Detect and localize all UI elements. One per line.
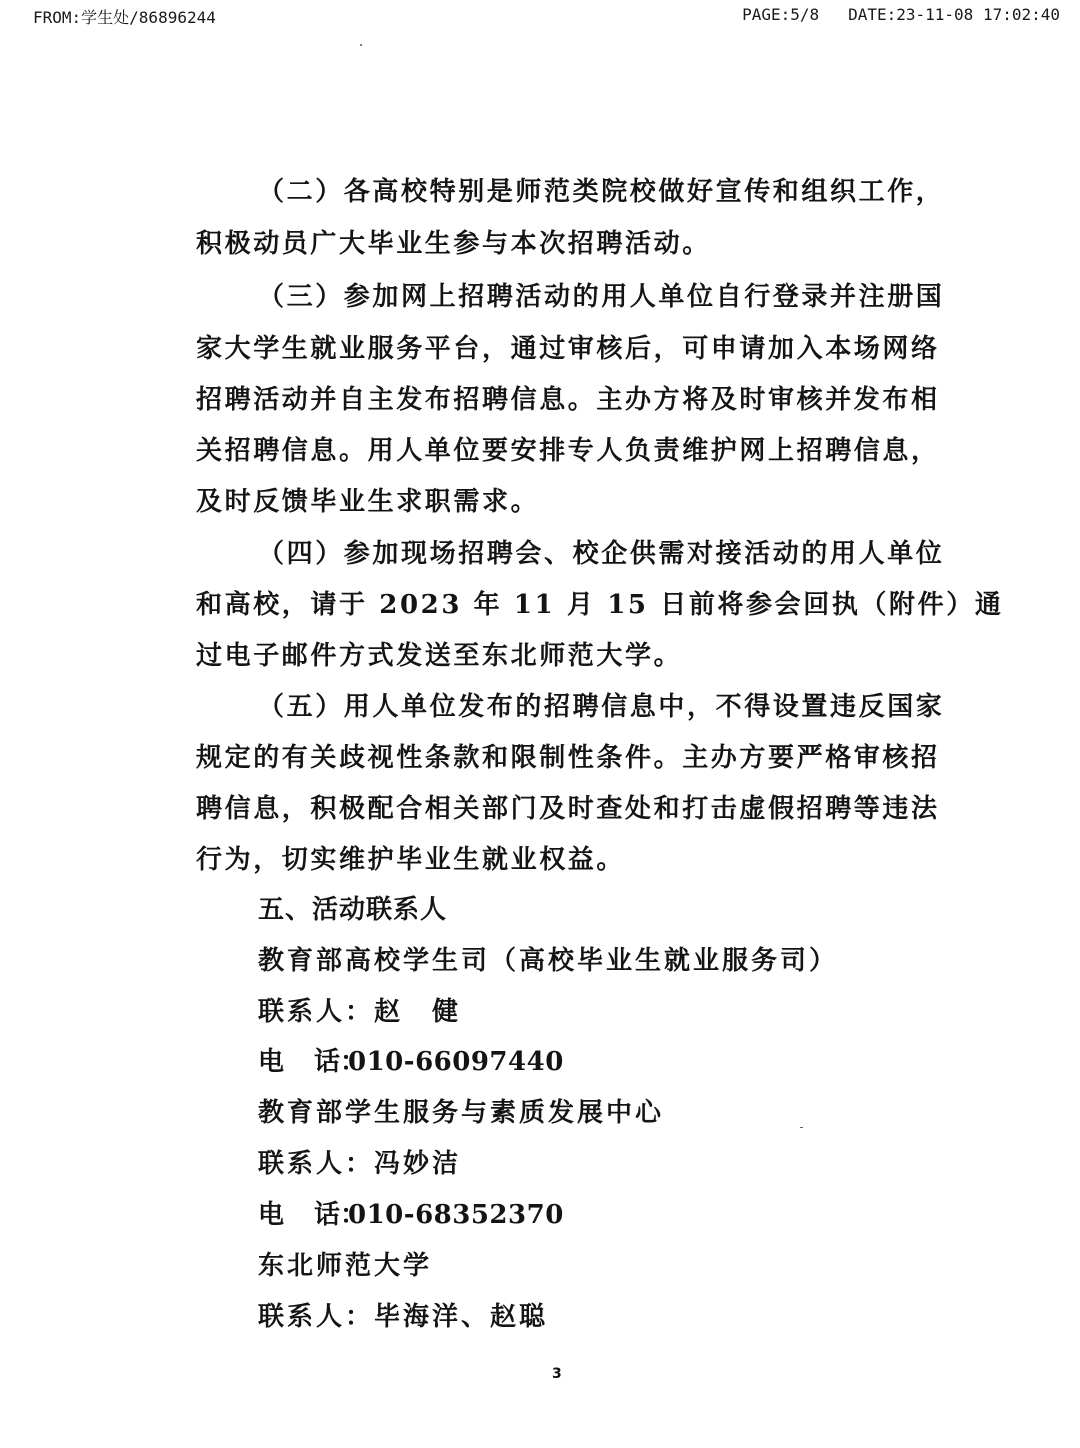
paragraph-line: 和高校，请于 2023 年 11 月 15 日前将参会回执（附件）通: [196, 588, 912, 622]
phone-number: 010-68352370: [348, 1200, 564, 1230]
contact-person: 联系人：毕海洋、赵聪: [258, 1300, 548, 1334]
paragraph-line: （二）各高校特别是师范类院校做好宣传和组织工作，: [258, 175, 912, 209]
paragraph-line: （五）用人单位发布的招聘信息中，不得设置违反国家: [258, 690, 912, 724]
organization-name: 教育部学生服务与素质发展中心: [258, 1096, 664, 1130]
organization-name: 教育部高校学生司（高校毕业生就业服务司）: [258, 944, 838, 978]
phone-label: 电话：: [258, 1198, 348, 1232]
contact-name: 赵 健: [374, 997, 461, 1027]
paragraph-line: 积极动员广大毕业生参与本次招聘活动。: [196, 227, 711, 261]
page-number: 3: [552, 1366, 562, 1382]
phone-number: 010-66097440: [348, 1047, 564, 1077]
paragraph-line: 规定的有关歧视性条款和限制性条件。主办方要严格审核招: [196, 741, 912, 775]
contact-phone: 电话：010-68352370: [258, 1198, 564, 1232]
contact-label: 联系人：: [258, 997, 374, 1027]
section-heading: 五、活动联系人: [258, 893, 447, 927]
paragraph-line: 及时反馈毕业生求职需求。: [196, 485, 539, 519]
contact-person: 联系人：赵 健: [258, 995, 461, 1029]
contact-name: 冯妙洁: [374, 1149, 461, 1179]
paragraph-line: 关招聘信息。用人单位要安排专人负责维护网上招聘信息，: [196, 434, 912, 468]
paragraph-line: 招聘活动并自主发布招聘信息。主办方将及时审核并发布相: [196, 383, 912, 417]
paragraph-line: （四）参加现场招聘会、校企供需对接活动的用人单位: [258, 537, 912, 571]
phone-label: 电话：: [258, 1045, 348, 1079]
paragraph-line: 行为，切实维护毕业生就业权益。: [196, 843, 625, 877]
contact-phone: 电话：010-66097440: [258, 1045, 564, 1079]
document-page: （二）各高校特别是师范类院校做好宣传和组织工作， 积极动员广大毕业生参与本次招聘…: [0, 0, 1080, 1448]
paragraph-line: 家大学生就业服务平台，通过审核后，可申请加入本场网络: [196, 332, 912, 366]
contact-person: 联系人：冯妙洁: [258, 1147, 461, 1181]
paragraph-line: （三）参加网上招聘活动的用人单位自行登录并注册国: [258, 280, 912, 314]
paragraph-line: 聘信息，积极配合相关部门及时查处和打击虚假招聘等违法: [196, 792, 912, 826]
contact-name: 毕海洋、赵聪: [374, 1302, 548, 1332]
paragraph-line: 过电子邮件方式发送至东北师范大学。: [196, 639, 682, 673]
contact-label: 联系人：: [258, 1149, 374, 1179]
organization-name: 东北师范大学: [258, 1249, 432, 1283]
contact-label: 联系人：: [258, 1302, 374, 1332]
